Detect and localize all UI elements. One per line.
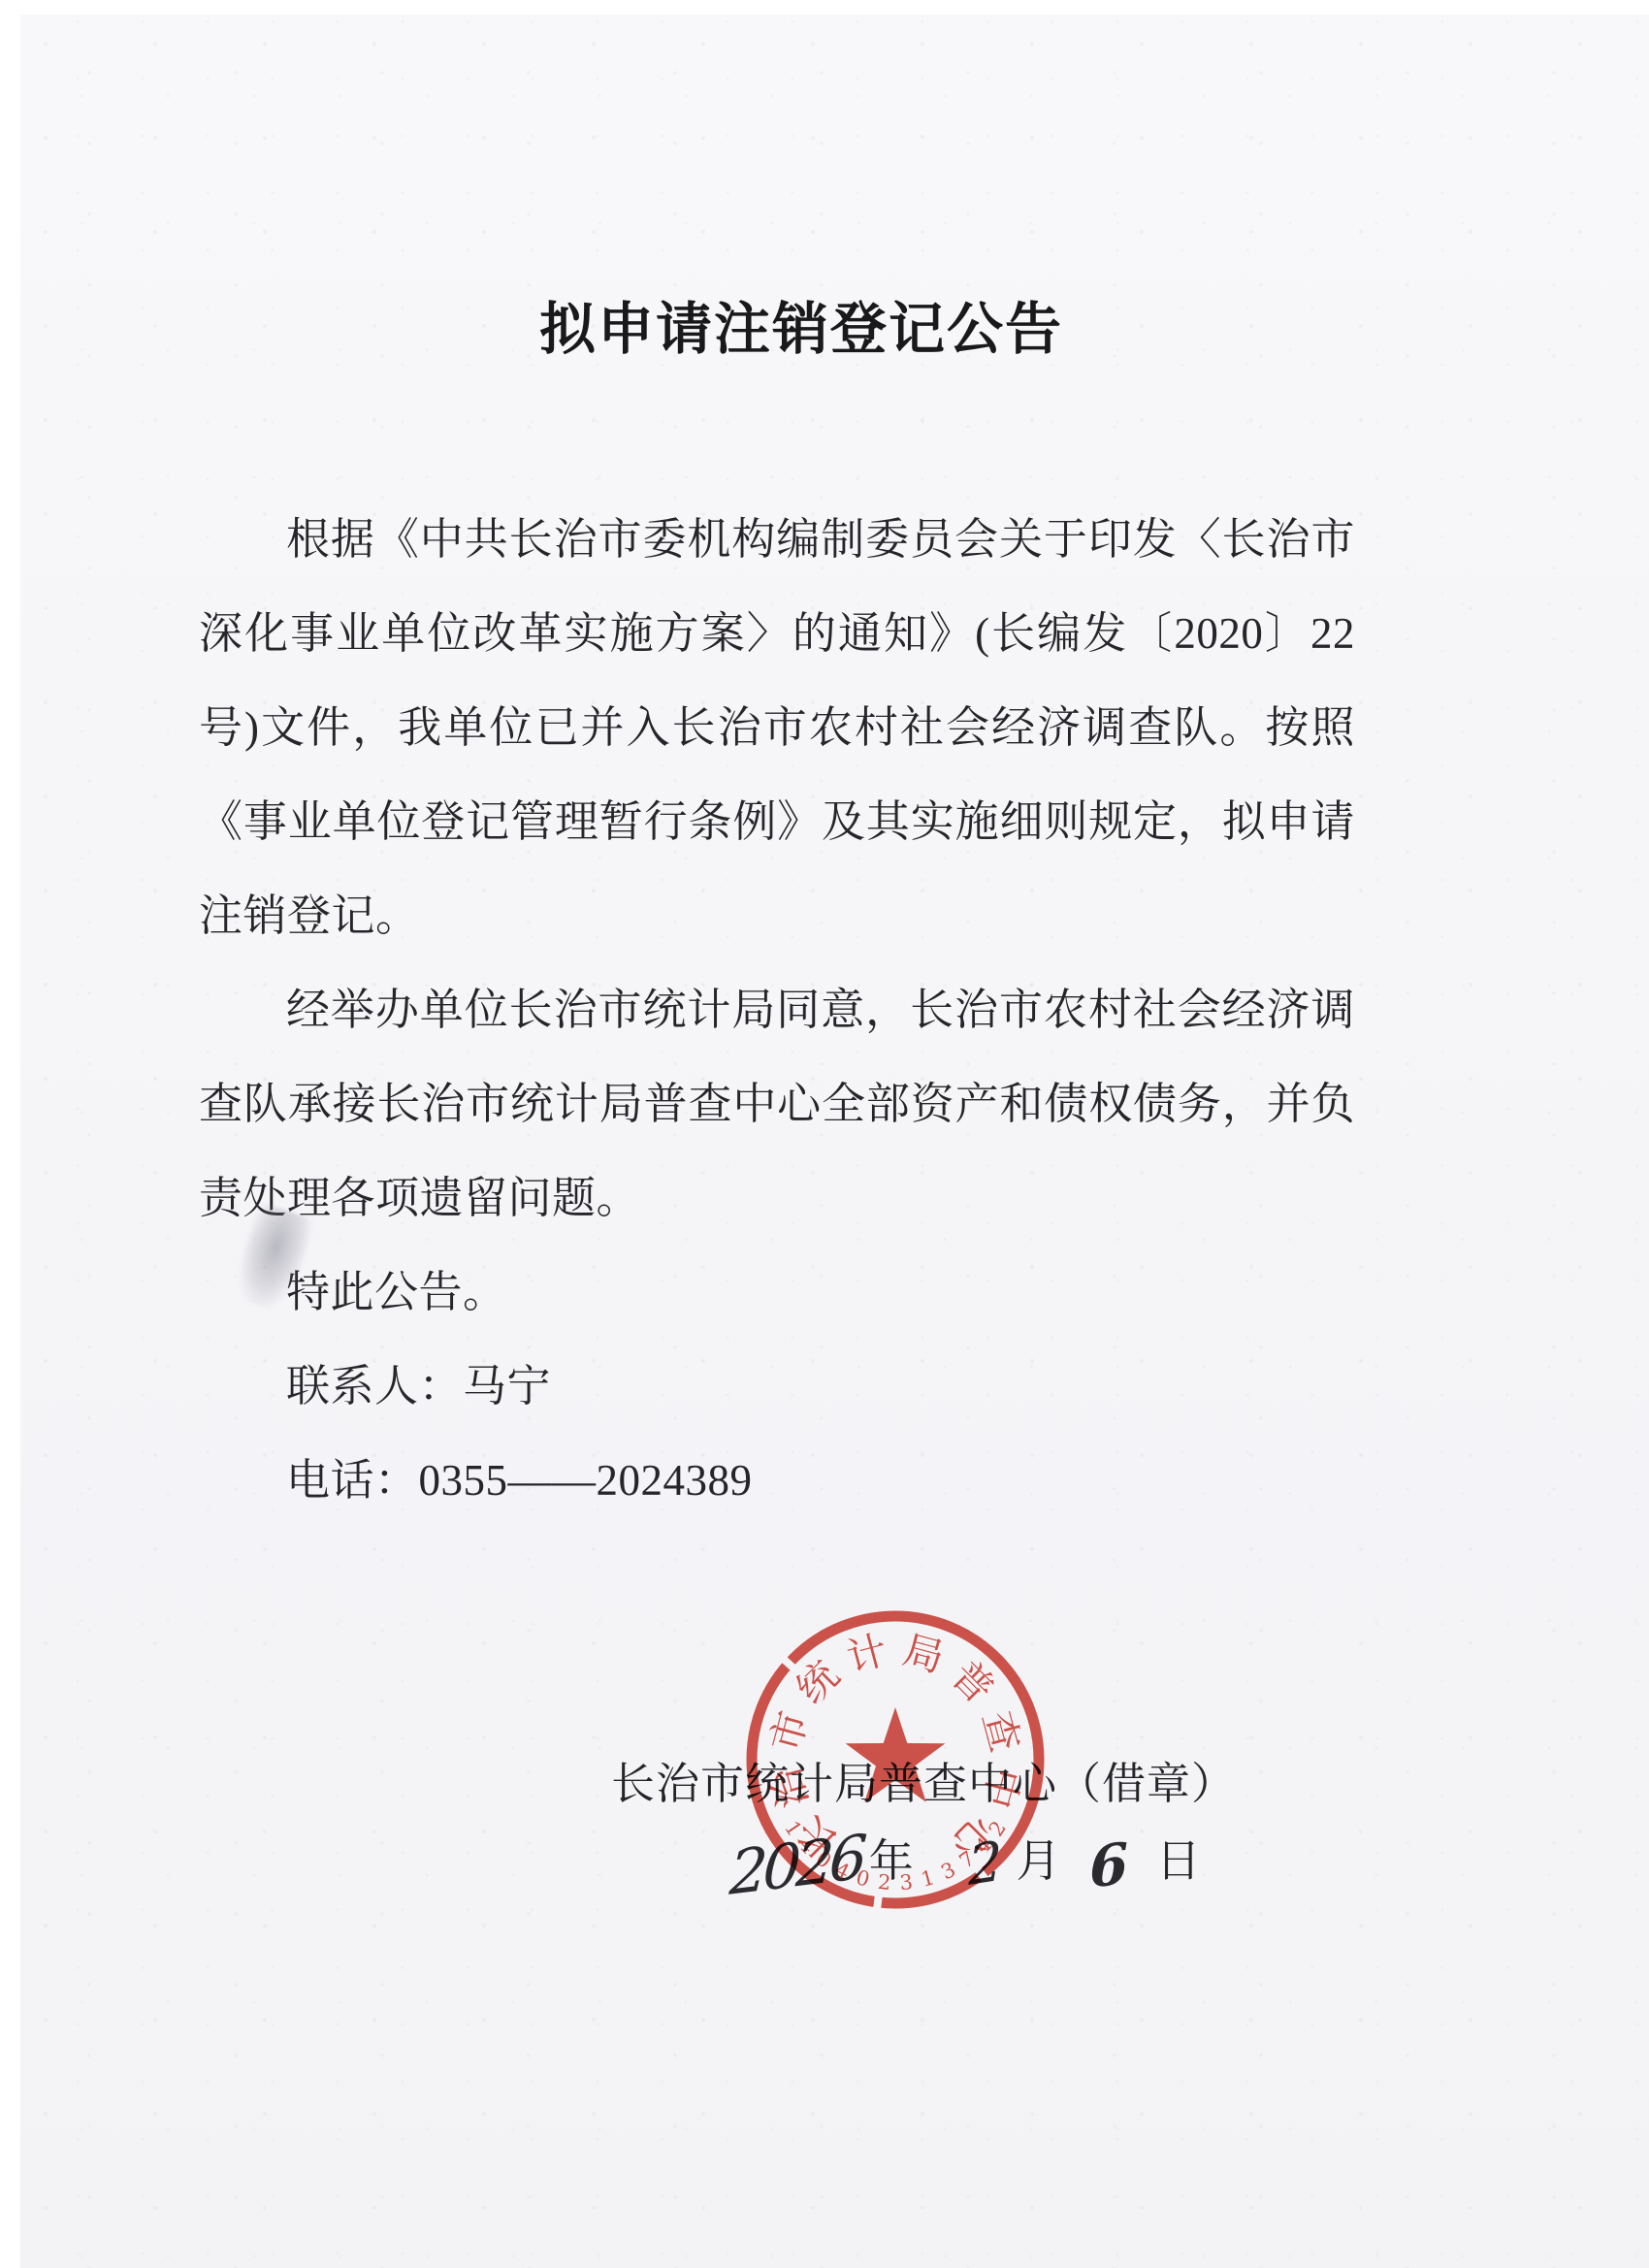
seal-code-digit: 3 — [937, 1858, 958, 1884]
body-line-phone: 电话：0355——2024389 — [199, 1434, 1355, 1528]
document-title: 拟申请注销登记公告 — [0, 283, 1602, 365]
day-label: 日 — [1156, 1833, 1201, 1890]
seal-code-digit: 0 — [854, 1865, 872, 1892]
seal-org-char: 局 — [898, 1627, 949, 1680]
seal-code-digit: 4 — [831, 1858, 853, 1884]
seal-org-char: 治 — [762, 1762, 817, 1813]
handwritten-day: 6 — [1089, 1836, 1129, 1894]
document-body: 根据《中共长治市委机构编制委员会关于印发〈长治市 深化事业单位改革实施方案〉的通… — [199, 493, 1355, 1528]
body-line: 《事业单位登记管理暂行条例》及其实施细则规定，拟申请 — [199, 775, 1355, 869]
official-seal-stamp: 长治市统计局普查中心140402313742 — [730, 1595, 1060, 1925]
seal-org-char: 市 — [762, 1706, 816, 1757]
body-line: 号)文件，我单位已并入长治市农村社会经济调查队。按照 — [199, 681, 1355, 775]
scanned-document-page: 拟申请注销登记公告 根据《中共长治市委机构编制委员会关于印发〈长治市 深化事业单… — [0, 0, 1649, 2268]
seal-org-char: 中 — [975, 1763, 1028, 1813]
body-line: 查队承接长治市统计局普查中心全部资产和债权债务，并负 — [199, 1057, 1355, 1151]
seal-code-digit: 3 — [899, 1870, 914, 1895]
body-line: 经举办单位长治市统计局同意，长治市农村社会经济调 — [199, 963, 1355, 1057]
body-line-contact: 联系人：马宁 — [199, 1340, 1355, 1434]
body-line-notice: 特此公告。 — [199, 1246, 1355, 1340]
seal-org-char: 查 — [975, 1706, 1028, 1757]
body-line: 根据《中共长治市委机构编制委员会关于印发〈长治市 — [199, 493, 1355, 587]
seal-org-char: 计 — [842, 1627, 892, 1680]
seal-star-icon — [846, 1707, 946, 1802]
body-line: 注销登记。 — [199, 869, 1355, 963]
seal-ink-gap — [873, 1889, 884, 1915]
body-line: 责处理各项遗留问题。 — [199, 1151, 1355, 1246]
seal-code-digit: 1 — [919, 1865, 937, 1892]
body-line: 深化事业单位改革实施方案〉的通知》(长编发〔2020〕22 — [199, 587, 1355, 681]
